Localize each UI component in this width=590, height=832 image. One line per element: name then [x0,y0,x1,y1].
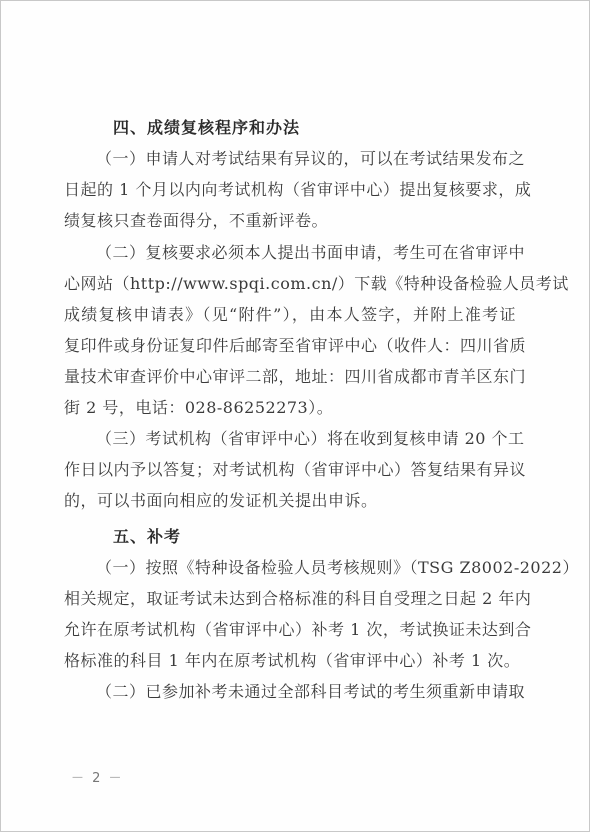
paragraph-line: 复印件或身份证复印件后邮寄至省审评中心（收件人：四川省质 [64,335,516,357]
paragraph-line: 作日以内予以答复；对考试机构（省审评中心）答复结果有异议 [64,459,516,481]
section-heading-makeup-exam: 五、补考 [113,525,181,549]
paragraph-line: 格标准的科目 1 年内在原考试机构（省审评中心）补考 1 次。 [64,650,516,672]
paragraph-line: 的，可以书面向相应的发证机关提出申诉。 [64,490,516,512]
paragraph-line: （二）已参加补考未通过全部科目考试的考生须重新申请取 [96,681,516,703]
paragraph-line: 日起的 1 个月以内向考试机构（省审评中心）提出复核要求，成 [64,179,516,201]
document-page: 四、成绩复核程序和办法 （一）申请人对考试结果有异议的，可以在考试结果发布之 日… [0,0,590,832]
page-number: － 2 － [71,767,124,786]
paragraph-line: （一）申请人对考试结果有异议的，可以在考试结果发布之 [96,148,516,170]
paragraph-line: 量技术审查评价中心审评二部，地址：四川省成都市青羊区东门 [64,366,516,388]
paragraph-line: 允许在原考试机构（省审评中心）补考 1 次，考试换证未达到合 [64,619,516,641]
paragraph-line: 绩复核只查卷面得分，不重新评卷。 [64,210,516,232]
paragraph-line: （二）复核要求必须本人提出书面申请，考生可在省审评中 [96,242,516,264]
paragraph-line: 街 2 号，电话：028-86252273）。 [64,397,516,419]
paragraph-line: 成绩复核申请表》（见“附件”），由本人签字，并附上准考证 [64,304,516,326]
paragraph-line-with-link: 心网站（http://www.spqi.com.cn/）下载《特种设备检验人员考… [64,273,516,295]
paragraph-line: （一）按照《特种设备检验人员考核规则》（TSG Z8002-2022） [96,557,516,579]
paragraph-line: （三）考试机构（省审评中心）将在收到复核申请 20 个工 [96,428,516,450]
paragraph-line: 相关规定，取证考试未达到合格标准的科目自受理之日起 2 年内 [64,588,516,610]
section-heading-review: 四、成绩复核程序和办法 [113,116,300,140]
